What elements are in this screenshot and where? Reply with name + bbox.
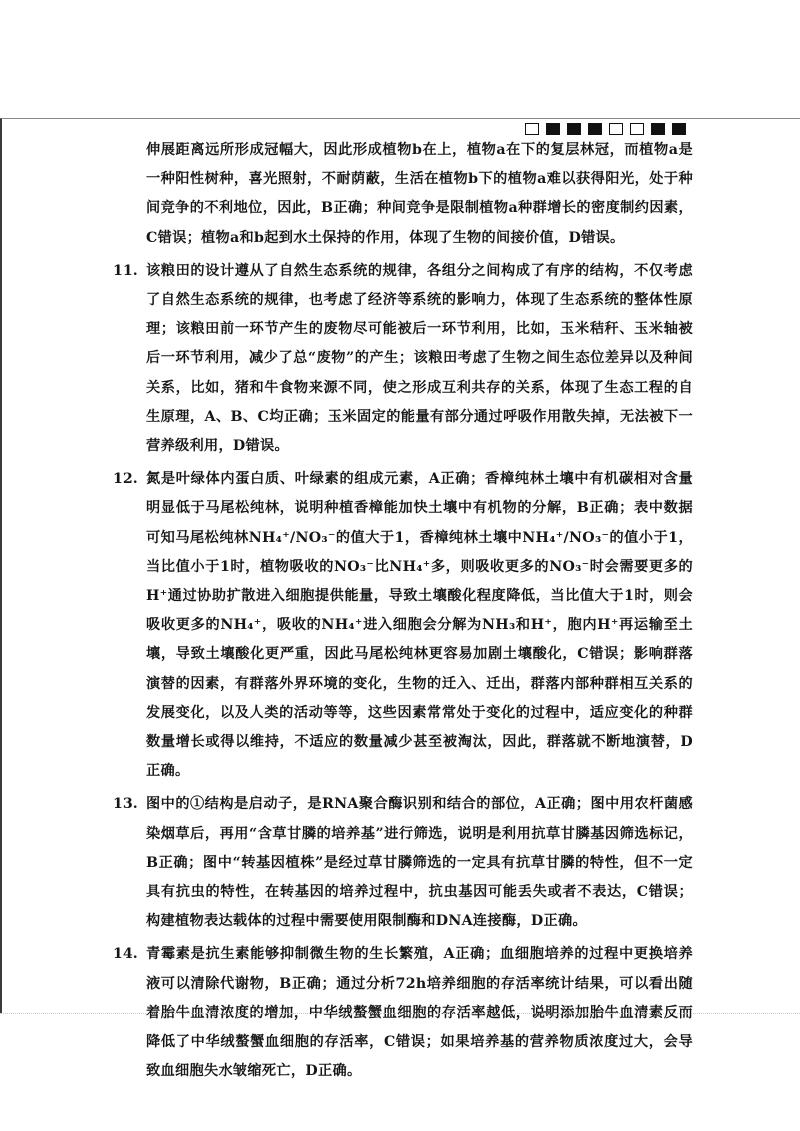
item-text: 图中的①结构是启动子，是RNA聚合酶识别和结合的部位，A正确；图中用农杆菌感染烟… — [146, 790, 693, 936]
item-number: 13. — [113, 790, 138, 819]
answer-item-12: 12. 氮是叶绿体内蛋白质、叶绿素的组成元素，A正确；香樟纯林土壤中有机碳相对含… — [113, 465, 693, 786]
item-text: 氮是叶绿体内蛋白质、叶绿素的组成元素，A正确；香樟纯林土壤中有机碳相对含量明显低… — [146, 465, 693, 786]
marker-square-filled-icon — [588, 123, 602, 135]
item-text: 该粮田的设计遵从了自然生态系统的规律，各组分之间构成了有序的结构，不仅考虑了自然… — [146, 257, 693, 461]
marker-square-filled-icon — [672, 123, 686, 135]
footer-mark-icon — [538, 1011, 554, 1018]
continued-paragraph: 伸展距离远所形成冠幅大，因此形成植物b在上，植物a在下的复层林冠，而植物a是一种… — [113, 136, 693, 253]
item-number: 12. — [113, 465, 138, 494]
answer-explanations: 伸展距离远所形成冠幅大，因此形成植物b在上，植物a在下的复层林冠，而植物a是一种… — [113, 136, 693, 1087]
answer-item-13: 13. 图中的①结构是启动子，是RNA聚合酶识别和结合的部位，A正确；图中用农杆… — [113, 790, 693, 936]
bottom-rule — [0, 1013, 800, 1014]
marker-square-empty-icon — [525, 123, 539, 135]
marker-square-filled-icon — [651, 123, 665, 135]
item-number: 11. — [113, 257, 138, 286]
item-number: 14. — [113, 940, 138, 969]
marker-square-empty-icon — [609, 123, 623, 135]
marker-square-filled-icon — [546, 123, 560, 135]
marker-square-empty-icon — [630, 123, 644, 135]
marker-square-filled-icon — [567, 123, 581, 135]
answer-item-11: 11. 该粮田的设计遵从了自然生态系统的规律，各组分之间构成了有序的结构，不仅考… — [113, 257, 693, 461]
page-marker-strip — [525, 123, 686, 135]
